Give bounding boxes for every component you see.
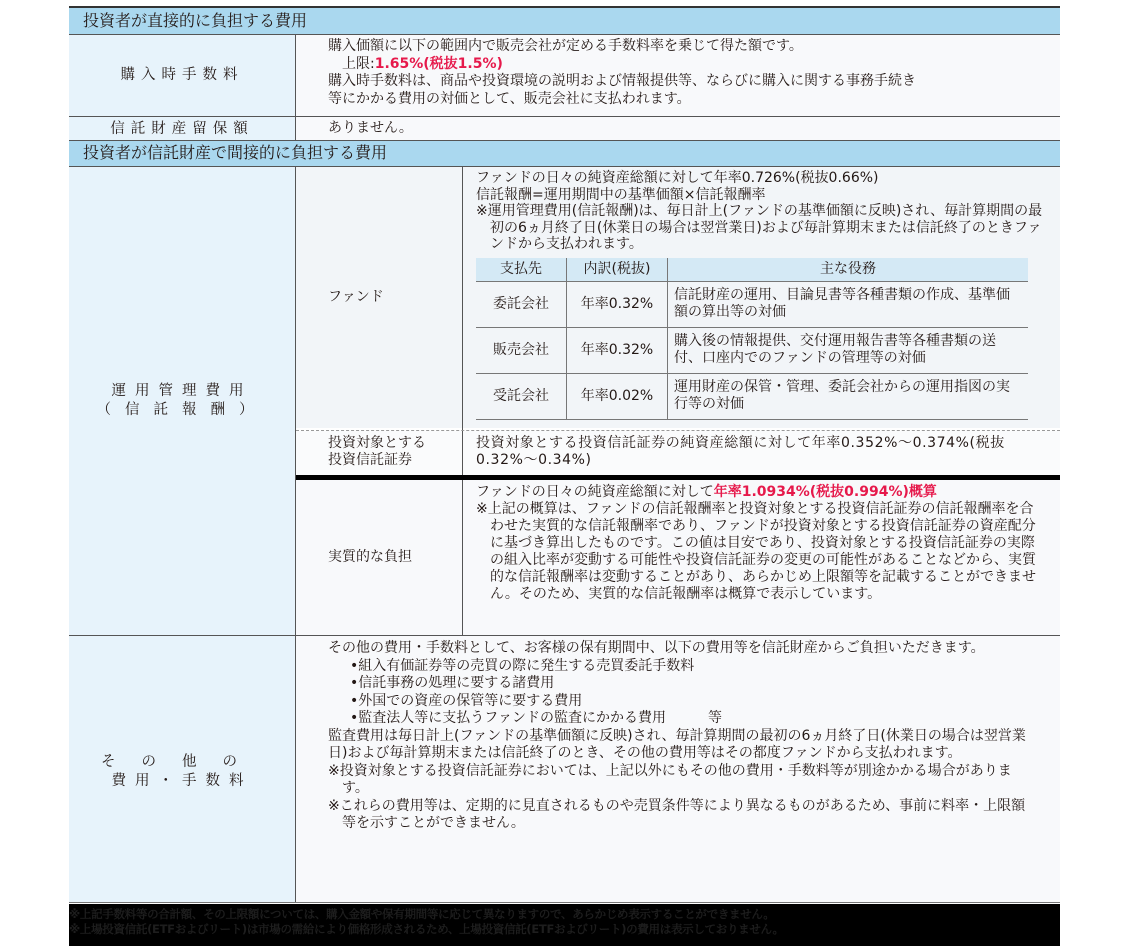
footer-notes: ※上記手数料等の合計額、その上限額については、購入金額や保有期間等に応じて異なり… xyxy=(69,904,1060,946)
trust-reserve-value: ありません。 xyxy=(296,117,1060,141)
effective-note: ※上記の概算は、ファンドの信託報酬率と投資対象とする投資信託証券の信託報酬率を合… xyxy=(476,501,1040,603)
section-header-direct-costs: 投資者が直接的に負担する費用 xyxy=(69,6,1060,35)
audit-note: 監査費用は毎日計上(ファンドの基準価額に反映)され、毎計算期間の最初の6ヵ月終了… xyxy=(328,728,1032,763)
target-label-line2: 投資信託証券 xyxy=(328,452,462,469)
other-bullet: •外国での資産の保管等に要する費用 xyxy=(328,693,1032,711)
rate: 年率0.02% xyxy=(567,373,668,419)
trust-reserve-label: 信託財産留保額 xyxy=(69,117,295,141)
service: 購入後の情報提供、交付運用報告書等各種書類の送付、口座内でのファンドの管理等の対… xyxy=(668,327,1029,373)
payee: 販売会社 xyxy=(476,327,567,373)
fund-note: ※運用管理費用(信託報酬)は、毎日計上(ファンドの基準価額に反映)され、毎計算期… xyxy=(476,203,1045,253)
divider xyxy=(69,902,1060,903)
col-rate: 内訳(税抜) xyxy=(567,258,668,282)
purchase-fee-line4: 等にかかる費用の対価として、販売会社に支払われます。 xyxy=(328,91,1060,109)
table-row: 販売会社 年率0.32% 購入後の情報提供、交付運用報告書等各種書類の送付、口座… xyxy=(476,327,1028,373)
other-bullet: •監査法人等に支払うファンドの監査にかかる費用 等 xyxy=(328,710,1032,728)
fund-line2: 信託報酬=運用期間中の基準価額×信託報酬率 xyxy=(476,187,1060,204)
col-service: 主な役務 xyxy=(668,258,1029,282)
purchase-fee-limit: 上限:1.65%(税抜1.5%) xyxy=(328,56,1060,74)
service: 信託財産の運用、目論見書等各種書類の作成、基準価額の算出等の対価 xyxy=(668,281,1029,327)
target-label-line1: 投資対象とする xyxy=(328,435,462,452)
mgmt-fee-label-line1: 運用管理費用 xyxy=(112,382,253,401)
col-payee: 支払先 xyxy=(476,258,567,282)
table-row: 受託会社 年率0.02% 運用財産の保管・管理、委託会社からの運用指図の実行等の… xyxy=(476,373,1028,419)
section-header-indirect-costs: 投資者が信託財産で間接的に負担する費用 xyxy=(69,140,1060,167)
other-bullet: •組入有価証券等の売買の際に発生する売買委託手数料 xyxy=(328,658,1032,676)
payee: 受託会社 xyxy=(476,373,567,419)
other-fees-label-line1: その他の xyxy=(101,753,263,772)
mgmt-fee-label: 運用管理費用 （信託報酬） xyxy=(69,167,295,635)
fund-label: ファンド xyxy=(296,167,462,428)
effective-burden-content: ファンドの日々の純資産総額に対して年率1.0934%(税抜0.994%)概算 ※… xyxy=(463,480,1060,635)
target-content: 投資対象とする投資信託証券の純資産総額に対して年率0.352%～0.374%(税… xyxy=(463,431,1060,475)
rate: 年率0.32% xyxy=(567,327,668,373)
other-intro: その他の費用・手数料として、お客様の保有期間中、以下の費用等を信託財産からご負担… xyxy=(328,640,1032,658)
footer-line1: ※上記手数料等の合計額、その上限額については、購入金額や保有期間等に応じて異なり… xyxy=(69,907,1060,922)
purchase-fee-content: 購入価額に以下の範囲内で販売会社が定める手数料率を乗じて得た額です。 上限:1.… xyxy=(296,35,1060,116)
other-note1: ※投資対象とする投資信託証券においては、上記以外にもその他の費用・手数料等が別途… xyxy=(328,763,1032,798)
fund-content: ファンドの日々の純資産総額に対して年率0.726%(税抜0.66%) 信託報酬=… xyxy=(463,167,1060,428)
rate: 年率0.32% xyxy=(567,281,668,327)
purchase-fee-label: 購入時手数料 xyxy=(69,35,295,116)
table-row: 委託会社 年率0.32% 信託財産の運用、目論見書等各種書類の作成、基準価額の算… xyxy=(476,281,1028,327)
other-bullet: •信託事務の処理に要する諸費用 xyxy=(328,675,1032,693)
footer-line2: ※上場投資信託(ETFおよびリート)は市場の需給により価格形成されるため、上場投… xyxy=(69,922,1060,937)
other-fees-label: その他の 費用・手数料 xyxy=(69,636,295,902)
limit-prefix: 上限: xyxy=(342,56,375,72)
effective-prefix: ファンドの日々の純資産総額に対して xyxy=(476,484,714,500)
effective-burden-label: 実質的な負担 xyxy=(296,480,462,635)
fund-line1: ファンドの日々の純資産総額に対して年率0.726%(税抜0.66%) xyxy=(476,170,1060,187)
service: 運用財産の保管・管理、委託会社からの運用指図の実行等の対価 xyxy=(668,373,1029,419)
purchase-fee-line3: 購入時手数料は、商品や投資環境の説明および情報提供等、ならびに購入に関する事務手… xyxy=(328,73,1060,91)
limit-value: 1.65%(税抜1.5%) xyxy=(375,56,503,72)
target-label: 投資対象とする 投資信託証券 xyxy=(296,431,462,475)
other-fees-label-line2: 費用・手数料 xyxy=(112,772,253,791)
other-note2: ※これらの費用等は、定期的に見直されるものや売買条件等により異なるものがあるため… xyxy=(328,798,1032,833)
effective-rate: 年率1.0934%(税抜0.994%)概算 xyxy=(714,484,937,500)
other-fees-content: その他の費用・手数料として、お客様の保有期間中、以下の費用等を信託財産からご負担… xyxy=(296,636,1060,902)
table-header-row: 支払先 内訳(税抜) 主な役務 xyxy=(476,258,1028,282)
fee-breakdown-table: 支払先 内訳(税抜) 主な役務 委託会社 年率0.32% 信託財産の運用、目論見… xyxy=(476,258,1028,420)
mgmt-fee-label-line2: （信託報酬） xyxy=(97,401,268,420)
payee: 委託会社 xyxy=(476,281,567,327)
effective-line1: ファンドの日々の純資産総額に対して年率1.0934%(税抜0.994%)概算 xyxy=(476,484,1040,501)
purchase-fee-line1: 購入価額に以下の範囲内で販売会社が定める手数料率を乗じて得た額です。 xyxy=(328,38,1060,56)
